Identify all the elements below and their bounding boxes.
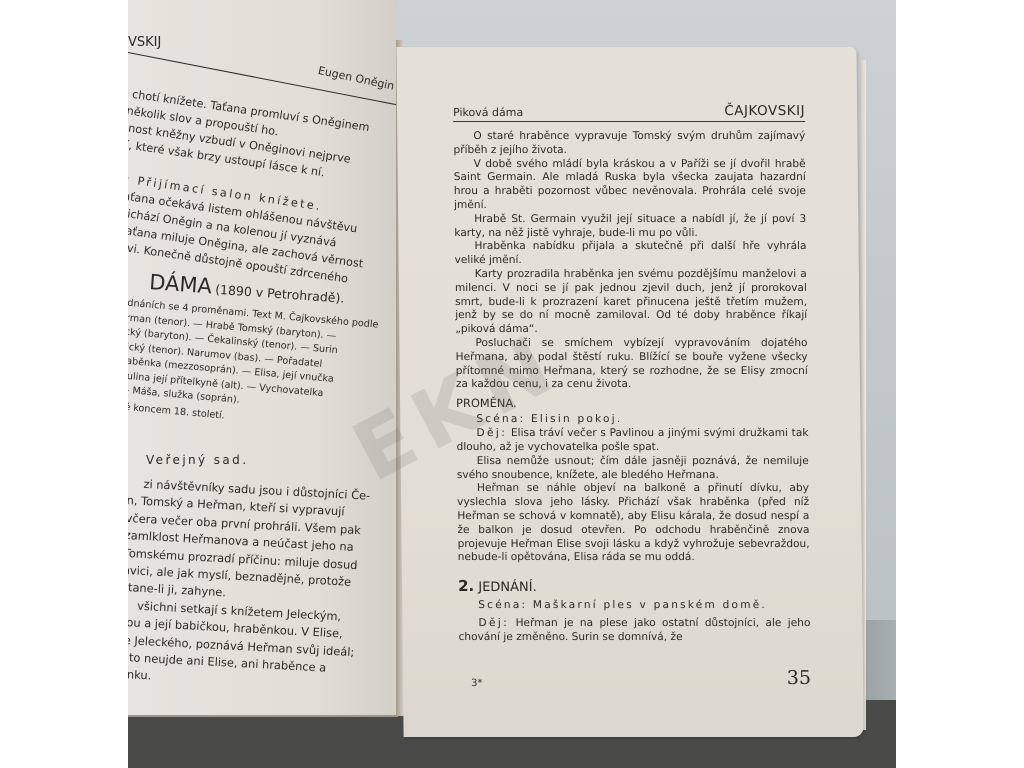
opera-title: DÁMA	[128, 268, 213, 298]
left-body: zi návštěvníky sadu jsou i důstojníci Če…	[128, 475, 410, 698]
left-running-head-title: Eugen Oněgin	[316, 62, 395, 95]
right-running-head: Piková dáma ČAJKOVSKIJ	[453, 103, 805, 122]
plot-label: Děj:	[478, 617, 509, 629]
paragraph: V době svého mládí byla kráskou a v Paří…	[454, 158, 807, 213]
page-number: 35	[787, 667, 811, 689]
act-heading: 2. JEDNÁNÍ.	[458, 577, 810, 595]
left-running-head: VSKIJ Eugen Oněgin	[128, 20, 410, 50]
scene-value: Maškarní ples v panském domě.	[533, 599, 767, 611]
left-scene-block: Veřejný sad. zi návštěvníky sadu jsou i …	[128, 452, 410, 684]
paragraph: Elisa nemůže usnout; čím dále jasněji po…	[457, 455, 809, 483]
book-photo: VSKIJ Eugen Oněgin je chotí knížete. Tať…	[128, 0, 896, 768]
paragraph: Heřman se náhle objeví na balkoně a přin…	[457, 482, 810, 565]
plot-text: Heřman je na plese jako ostatní důstojní…	[459, 617, 811, 643]
paragraph: Hrabě St. Germain využil její situace a …	[454, 213, 806, 241]
opera-title-sub: (1890 v Petrohradě).	[215, 282, 345, 306]
signature-mark: 3*	[471, 678, 482, 689]
scene-2: Scéna: Maškarní ples v panském domě.	[478, 599, 810, 611]
scene-value: Elisin pokoj.	[531, 413, 623, 425]
left-page: VSKIJ Eugen Oněgin je chotí knížete. Tať…	[128, 0, 398, 717]
paragraph: Hraběnka nabídku přijala a skutečně při …	[454, 240, 806, 268]
act-number: 2.	[458, 577, 474, 595]
running-head-author: ČAJKOVSKIJ	[724, 103, 805, 119]
left-page-content: VSKIJ Eugen Oněgin je chotí knížete. Tať…	[128, 20, 410, 684]
paragraph: O staré hraběnce vypravuje Tomský svým d…	[453, 130, 805, 158]
left-top-paragraph: je chotí knížete. Taťana promluví s Oněg…	[128, 84, 407, 293]
page-footer: 3* 35	[459, 667, 811, 689]
plot-paragraph: Děj: Heřman je na plese jako ostatní důs…	[458, 617, 810, 645]
scene-label: Scéna:	[478, 599, 527, 611]
act-label: JEDNÁNÍ.	[478, 580, 537, 595]
running-head-title: Piková dáma	[453, 106, 523, 119]
left-running-head-author: VSKIJ	[128, 34, 161, 51]
